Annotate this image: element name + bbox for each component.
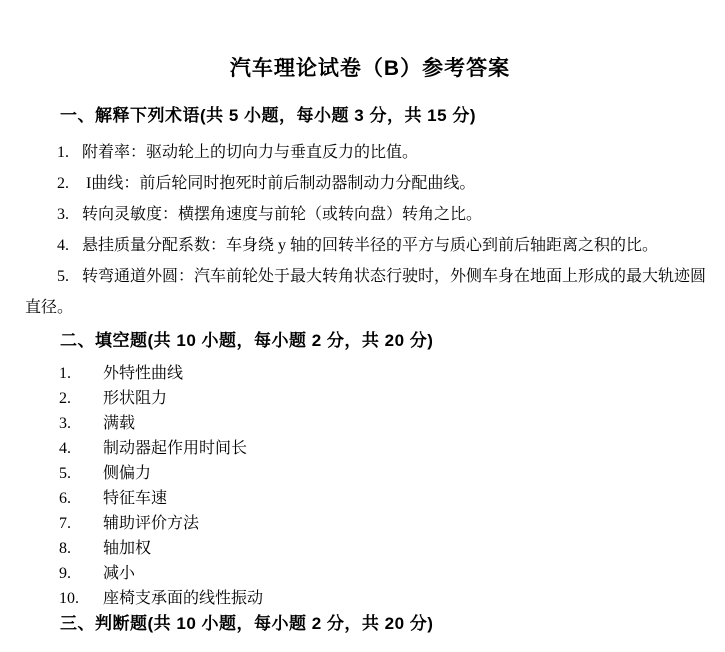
item-number: 3. (57, 199, 82, 230)
list-item: 2.形状阻力 (25, 386, 715, 411)
list-item: 4.制动器起作用时间长 (25, 436, 715, 461)
item-text: 附着率：驱动轮上的切向力与垂直反力的比值。 (82, 144, 418, 161)
item-text: 外特性曲线 (103, 365, 183, 382)
section-item-list: 1.外特性曲线2.形状阻力3.满载4.制动器起作用时间长5.侧偏力6.特征车速7… (25, 361, 715, 611)
list-item: 6.特征车速 (25, 486, 715, 511)
section-2: 二、填空题(共 10 小题，每小题 2 分，共 20 分)1.外特性曲线2.形状… (25, 330, 715, 611)
list-item: 10.座椅支承面的线性振动 (25, 586, 715, 611)
section-heading: 一、解释下列术语(共 5 小题，每小题 3 分，共 15 分) (60, 105, 715, 127)
item-number: 2. (57, 168, 82, 199)
list-item: 8.轴加权 (25, 536, 715, 561)
item-text: 转向灵敏度：横摆角速度与前轮（或转向盘）转角之比。 (82, 206, 482, 223)
item-text: 减小 (103, 565, 135, 582)
item-text: 轴加权 (103, 540, 151, 557)
list-item: 3.满载 (25, 411, 715, 436)
section-heading: 三、判断题(共 10 小题，每小题 2 分，共 20 分) (60, 613, 715, 635)
list-item: 1.附着率：驱动轮上的切向力与垂直反力的比值。 (25, 137, 715, 168)
item-number: 8. (59, 536, 103, 561)
list-item: 5.侧偏力 (25, 461, 715, 486)
section-heading: 二、填空题(共 10 小题，每小题 2 分，共 20 分) (60, 330, 715, 352)
item-number: 10. (59, 586, 103, 611)
item-text: I曲线：前后轮同时抱死时前后制动器制动力分配曲线。 (82, 175, 475, 192)
item-text: 形状阻力 (103, 390, 167, 407)
item-text: 悬挂质量分配系数：车身绕 y 轴的回转半径的平方与质心到前后轴距离之积的比。 (82, 237, 658, 254)
list-item: 5.转弯通道外圆：汽车前轮处于最大转角状态行驶时，外侧车身在地面上形成的最大轨迹… (25, 261, 715, 323)
item-number: 2. (59, 386, 103, 411)
list-item: 9.减小 (25, 561, 715, 586)
item-text: 制动器起作用时间长 (103, 440, 247, 457)
list-item: 7.辅助评价方法 (25, 511, 715, 536)
list-item: 2. I曲线：前后轮同时抱死时前后制动器制动力分配曲线。 (25, 168, 715, 199)
section-3: 三、判断题(共 10 小题，每小题 2 分，共 20 分) (25, 613, 715, 635)
item-number: 3. (59, 411, 103, 436)
item-text: 满载 (103, 415, 135, 432)
item-text: 转弯通道外圆：汽车前轮处于最大转角状态行驶时，外侧车身在地面上形成的最大轨迹圆直… (25, 268, 706, 316)
item-number: 1. (59, 361, 103, 386)
item-text: 特征车速 (103, 490, 167, 507)
item-number: 5. (59, 461, 103, 486)
list-item: 4.悬挂质量分配系数：车身绕 y 轴的回转半径的平方与质心到前后轴距离之积的比。 (25, 230, 715, 261)
list-item: 3.转向灵敏度：横摆角速度与前轮（或转向盘）转角之比。 (25, 199, 715, 230)
list-item: 1.外特性曲线 (25, 361, 715, 386)
item-text: 侧偏力 (103, 465, 151, 482)
item-text: 辅助评价方法 (103, 515, 199, 532)
item-number: 4. (59, 436, 103, 461)
document-body: 一、解释下列术语(共 5 小题，每小题 3 分，共 15 分)1.附着率：驱动轮… (25, 105, 715, 635)
item-number: 9. (59, 561, 103, 586)
document-page: 汽车理论试卷（B）参考答案 一、解释下列术语(共 5 小题，每小题 3 分，共 … (0, 0, 725, 652)
item-number: 7. (59, 511, 103, 536)
item-number: 4. (57, 230, 82, 261)
item-text: 座椅支承面的线性振动 (103, 590, 263, 607)
section-item-list: 1.附着率：驱动轮上的切向力与垂直反力的比值。2. I曲线：前后轮同时抱死时前后… (25, 137, 715, 323)
item-number: 5. (57, 261, 82, 292)
document-title: 汽车理论试卷（B）参考答案 (25, 56, 715, 81)
section-1: 一、解释下列术语(共 5 小题，每小题 3 分，共 15 分)1.附着率：驱动轮… (25, 105, 715, 323)
item-number: 6. (59, 486, 103, 511)
item-number: 1. (57, 137, 82, 168)
